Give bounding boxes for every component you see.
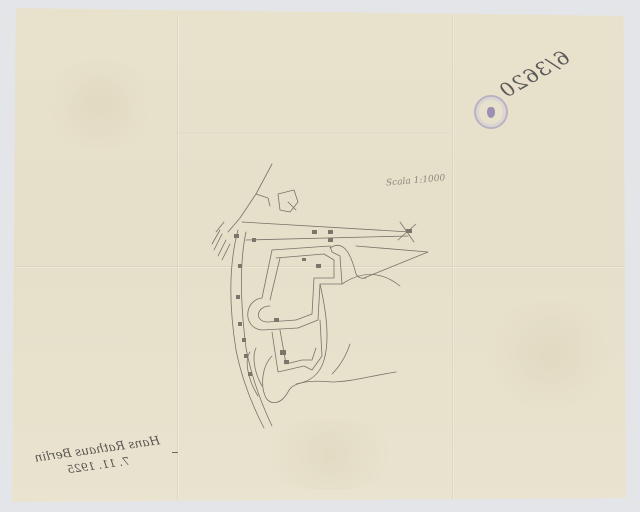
scan-background: 6/3620 Scala 1:1000 Hans Rathaus Berlin … [0, 0, 640, 512]
stamp-emblem-icon [487, 107, 495, 118]
pencil-tick-mark [172, 452, 178, 453]
site-plan-drawing [200, 160, 440, 430]
archive-stamp-icon [474, 95, 508, 129]
